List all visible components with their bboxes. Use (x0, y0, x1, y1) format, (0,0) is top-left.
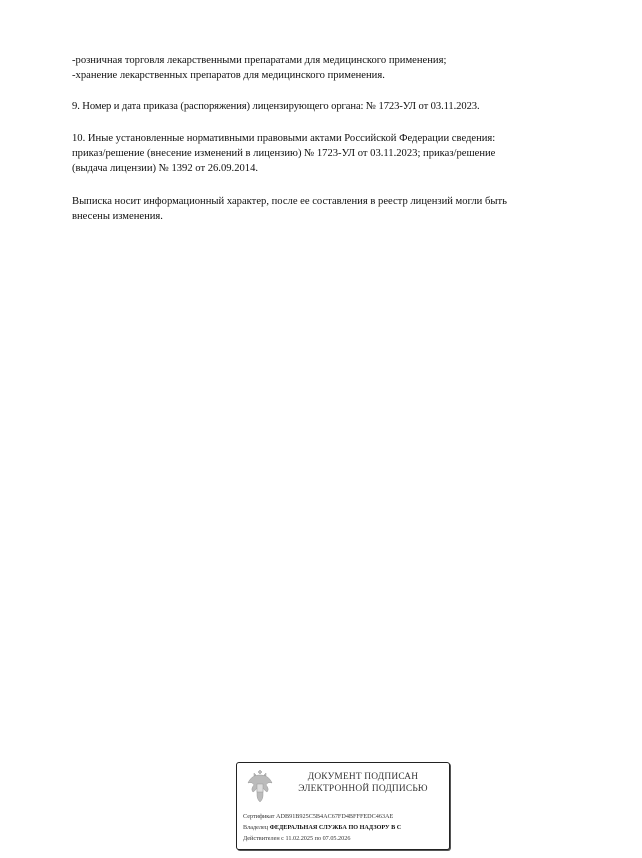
document-page: -розничная торговля лекарственными препа… (0, 0, 642, 858)
activity-line-retail: -розничная торговля лекарственными препа… (72, 53, 612, 68)
activity-list: -розничная торговля лекарственными препа… (72, 53, 612, 83)
disclaimer-line-2: внесены изменения. (72, 209, 612, 224)
activity-line-storage: -хранение лекарственных препаратов для м… (72, 68, 612, 83)
disclaimer-paragraph: Выписка носит информационный характер, п… (72, 194, 612, 224)
order-number-paragraph: 9. Номер и дата приказа (распоряжения) л… (72, 99, 480, 114)
stamp-title: ДОКУМЕНТ ПОДПИСАН ЭЛЕКТРОННОЙ ПОДПИСЬЮ (281, 771, 445, 795)
owner-line: Владелец ФЕДЕРАЛЬНАЯ СЛУЖБА ПО НАДЗОРУ В… (243, 824, 401, 832)
electronic-signature-stamp: ДОКУМЕНТ ПОДПИСАН ЭЛЕКТРОННОЙ ПОДПИСЬЮ С… (236, 762, 450, 850)
other-info-line-2: приказ/решение (внесение изменений в лиц… (72, 146, 612, 161)
disclaimer-line-1: Выписка носит информационный характер, п… (72, 194, 612, 209)
coat-of-arms-icon (245, 767, 275, 805)
validity-line: Действителен с 11.02.2025 по 07.05.2026 (243, 835, 350, 843)
other-info-line-1: 10. Иные установленные нормативными прав… (72, 131, 612, 146)
other-info-paragraph: 10. Иные установленные нормативными прав… (72, 131, 612, 176)
other-info-line-3: (выдача лицензии) № 1392 от 26.09.2014. (72, 161, 612, 176)
certificate-line: Сертификат ADB91B925C5B4AC67FD4BFFFEDC46… (243, 813, 393, 821)
